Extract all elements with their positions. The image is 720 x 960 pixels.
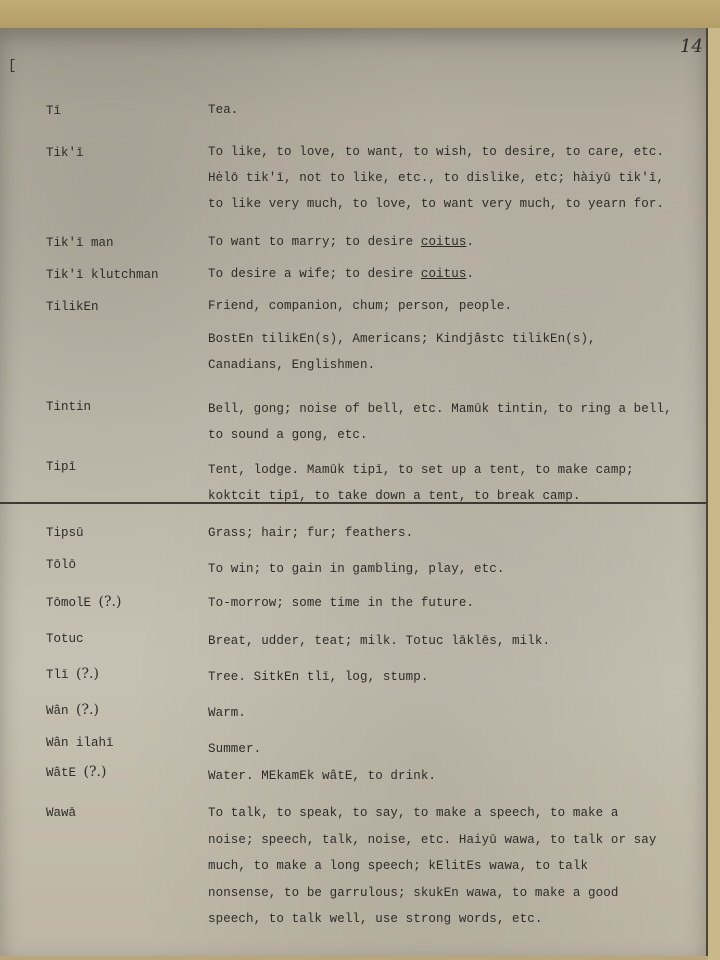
- entry-term: TilikEn: [46, 300, 99, 314]
- entry-definition: To like, to love, to want, to wish, to d…: [208, 139, 678, 217]
- entry-definition: Breat, udder, teat; milk. Totuc lāklēs, …: [208, 628, 678, 654]
- margin-mark: [: [8, 58, 16, 74]
- entry-definition: Tree. SitkEn tlī, log, stump.: [208, 664, 678, 690]
- definition-text: To want to marry; to desire: [208, 235, 421, 249]
- underlined-word: coitus: [421, 235, 467, 249]
- term-text: WâtE: [46, 766, 76, 780]
- entry-term: Tipsū: [46, 526, 84, 540]
- entry-definition: Warm.: [208, 700, 678, 726]
- entry-term: Tintin: [46, 400, 91, 414]
- page-number: 14: [680, 36, 703, 57]
- entry-definition: Grass; hair; fur; feathers.: [208, 520, 678, 546]
- entry-term: Tōlō: [46, 558, 76, 572]
- entry-term: Tlī (?.): [46, 666, 99, 682]
- entry-definition: Bell, gong; noise of bell, etc. Mamūk ti…: [208, 396, 678, 448]
- entry-term: Tik'ī klutchman: [46, 268, 159, 282]
- entry-term: Wawā: [46, 806, 76, 820]
- term-text: Tlī: [46, 668, 69, 682]
- term-text: Wân: [46, 704, 69, 718]
- entry-definition: Water. MEkamEk wâtE, to drink.: [208, 763, 678, 789]
- entry-term: Tipī: [46, 460, 76, 474]
- entry-definition: To-morrow; some time in the future.: [208, 590, 678, 616]
- scan-background-right: [708, 28, 720, 960]
- entry-term: WâtE (?.): [46, 764, 106, 780]
- entry-definition: To talk, to speak, to say, to make a spe…: [208, 800, 658, 933]
- entry-definition: Summer.: [208, 736, 678, 762]
- entry-term: Tik'ī man: [46, 236, 114, 250]
- handwritten-query-note: (?.): [99, 594, 122, 610]
- entry-definition: Tea.: [208, 97, 678, 123]
- entry-term: Wân ilahī: [46, 736, 114, 750]
- underlined-word: coitus: [421, 267, 467, 281]
- entry-term: Tī: [46, 104, 61, 118]
- entry-term: Wân (?.): [46, 702, 99, 718]
- entry-term: TōmolE (?.): [46, 594, 121, 610]
- entry-definition: To win; to gain in gambling, play, etc.: [208, 556, 678, 582]
- entry-definition-continued: BostEn tilikEn(s), Americans; Kindjâstc …: [208, 326, 678, 378]
- definition-text: .: [466, 267, 474, 281]
- definition-text: .: [466, 235, 474, 249]
- handwritten-query-note: (?.): [76, 702, 99, 718]
- term-text: TōmolE: [46, 596, 91, 610]
- entry-definition: To desire a wife; to desire coitus.: [208, 261, 678, 287]
- handwritten-query-note: (?.): [84, 764, 107, 780]
- scan-background-top: [0, 0, 720, 30]
- section-divider-line: [0, 502, 706, 504]
- entry-term: Tik'ī: [46, 146, 84, 160]
- entry-definition: To want to marry; to desire coitus.: [208, 229, 678, 255]
- entry-term: Totuc: [46, 632, 84, 646]
- handwritten-query-note: (?.): [76, 666, 99, 682]
- definition-text: To desire a wife; to desire: [208, 267, 421, 281]
- entry-definition: Friend, companion, chum; person, people.: [208, 293, 678, 319]
